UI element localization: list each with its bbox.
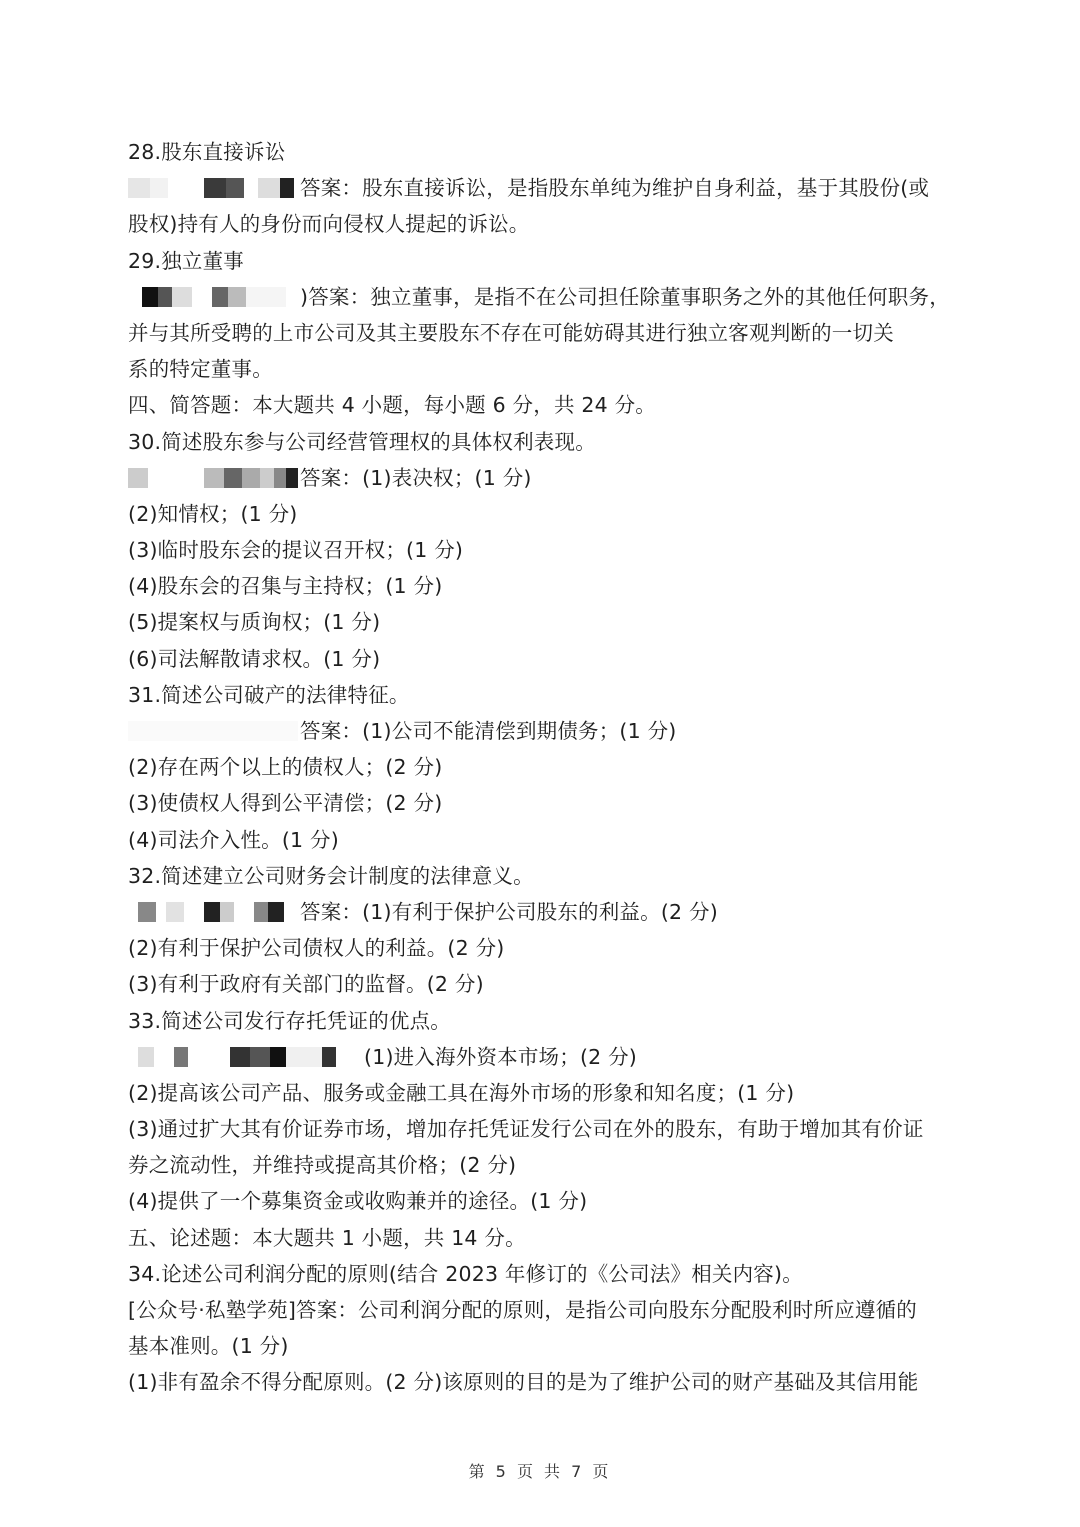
answer-text: 答案：(1)有利于保护公司股东的利益。(2 分) — [300, 900, 718, 924]
answer-text: )答案：独立董事，是指不在公司担任除董事职务之外的其他任何职务， — [300, 285, 950, 309]
question-30-answer-line-1: 答案：(1)表决权；(1 分) — [128, 460, 958, 496]
question-33-title: 33.简述公司发行存托凭证的优点。 — [128, 1003, 958, 1039]
redacted-mosaic — [128, 900, 298, 924]
question-29-answer-line-1: )答案：独立董事，是指不在公司担任除董事职务之外的其他任何职务， — [128, 279, 958, 315]
question-29-answer-line-3: 系的特定董事。 — [128, 351, 958, 387]
question-30-answer-line-2: (2)知情权；(1 分) — [128, 496, 958, 532]
redacted-mosaic — [128, 719, 298, 743]
question-34-answer-line-3: (1)非有盈余不得分配原则。(2 分)该原则的目的是为了维护公司的财产基础及其信… — [128, 1364, 958, 1400]
question-28-answer-line-2: 股权)持有人的身份而向侵权人提起的诉讼。 — [128, 206, 958, 242]
question-31-title: 31.简述公司破产的法律特征。 — [128, 677, 958, 713]
question-28-answer-line-1: 答案：股东直接诉讼，是指股东单纯为维护自身利益，基于其股份(或 — [128, 170, 958, 206]
page-number-footer: 第 5 页 共 7 页 — [0, 1459, 1080, 1482]
answer-text: 答案：(1)表决权；(1 分) — [300, 466, 532, 490]
redacted-mosaic — [128, 285, 298, 309]
question-31-answer-line-3: (3)使债权人得到公平清偿；(2 分) — [128, 785, 958, 821]
question-30-title: 30.简述股东参与公司经营管理权的具体权利表现。 — [128, 424, 958, 460]
question-31-answer-line-2: (2)存在两个以上的债权人；(2 分) — [128, 749, 958, 785]
question-34-answer-line-1: [公众号·私塾学苑]答案：公司利润分配的原则，是指公司向股东分配股利时所应遵循的 — [128, 1292, 958, 1328]
question-31-answer-line-1: 答案：(1)公司不能清偿到期债务；(1 分) — [128, 713, 958, 749]
question-30-answer-line-6: (6)司法解散请求权。(1 分) — [128, 641, 958, 677]
redacted-mosaic — [128, 1045, 358, 1069]
question-29-title: 29.独立董事 — [128, 243, 958, 279]
answer-text: (1)进入海外资本市场；(2 分) — [364, 1045, 637, 1069]
question-30-answer-line-3: (3)临时股东会的提议召开权；(1 分) — [128, 532, 958, 568]
answer-text: 答案：股东直接诉讼，是指股东单纯为维护自身利益，基于其股份(或 — [300, 176, 929, 200]
question-32-answer-line-3: (3)有利于政府有关部门的监督。(2 分) — [128, 966, 958, 1002]
section-5-heading: 五、论述题：本大题共 1 小题，共 14 分。 — [128, 1220, 958, 1256]
question-30-answer-line-5: (5)提案权与质询权；(1 分) — [128, 604, 958, 640]
question-31-answer-line-4: (4)司法介入性。(1 分) — [128, 822, 958, 858]
redacted-mosaic — [128, 176, 298, 200]
question-29-answer-line-2: 并与其所受聘的上市公司及其主要股东不存在可能妨碍其进行独立客观判断的一切关 — [128, 315, 958, 351]
question-32-title: 32.简述建立公司财务会计制度的法律意义。 — [128, 858, 958, 894]
document-body: 28.股东直接诉讼 答案：股东直接诉讼，是指股东单纯为维护自身利益，基于其股份(… — [128, 134, 958, 1401]
question-33-answer-line-5: (4)提供了一个募集资金或收购兼并的途径。(1 分) — [128, 1183, 958, 1219]
question-30-answer-line-4: (4)股东会的召集与主持权；(1 分) — [128, 568, 958, 604]
question-32-answer-line-1: 答案：(1)有利于保护公司股东的利益。(2 分) — [128, 894, 958, 930]
question-34-title: 34.论述公司利润分配的原则(结合 2023 年修订的《公司法》相关内容)。 — [128, 1256, 958, 1292]
question-33-answer-line-2: (2)提高该公司产品、服务或金融工具在海外市场的形象和知名度；(1 分) — [128, 1075, 958, 1111]
question-34-answer-line-2: 基本准则。(1 分) — [128, 1328, 958, 1364]
question-32-answer-line-2: (2)有利于保护公司债权人的利益。(2 分) — [128, 930, 958, 966]
section-4-heading: 四、简答题：本大题共 4 小题，每小题 6 分，共 24 分。 — [128, 387, 958, 423]
question-28-title: 28.股东直接诉讼 — [128, 134, 958, 170]
redacted-mosaic — [128, 466, 298, 490]
document-page: 28.股东直接诉讼 答案：股东直接诉讼，是指股东单纯为维护自身利益，基于其股份(… — [0, 0, 1080, 1527]
question-33-answer-line-1: (1)进入海外资本市场；(2 分) — [128, 1039, 958, 1075]
question-33-answer-line-4: 券之流动性，并维持或提高其价格；(2 分) — [128, 1147, 958, 1183]
question-33-answer-line-3: (3)通过扩大其有价证券市场，增加存托凭证发行公司在外的股东，有助于增加其有价证 — [128, 1111, 958, 1147]
answer-text: 答案：(1)公司不能清偿到期债务；(1 分) — [300, 719, 677, 743]
